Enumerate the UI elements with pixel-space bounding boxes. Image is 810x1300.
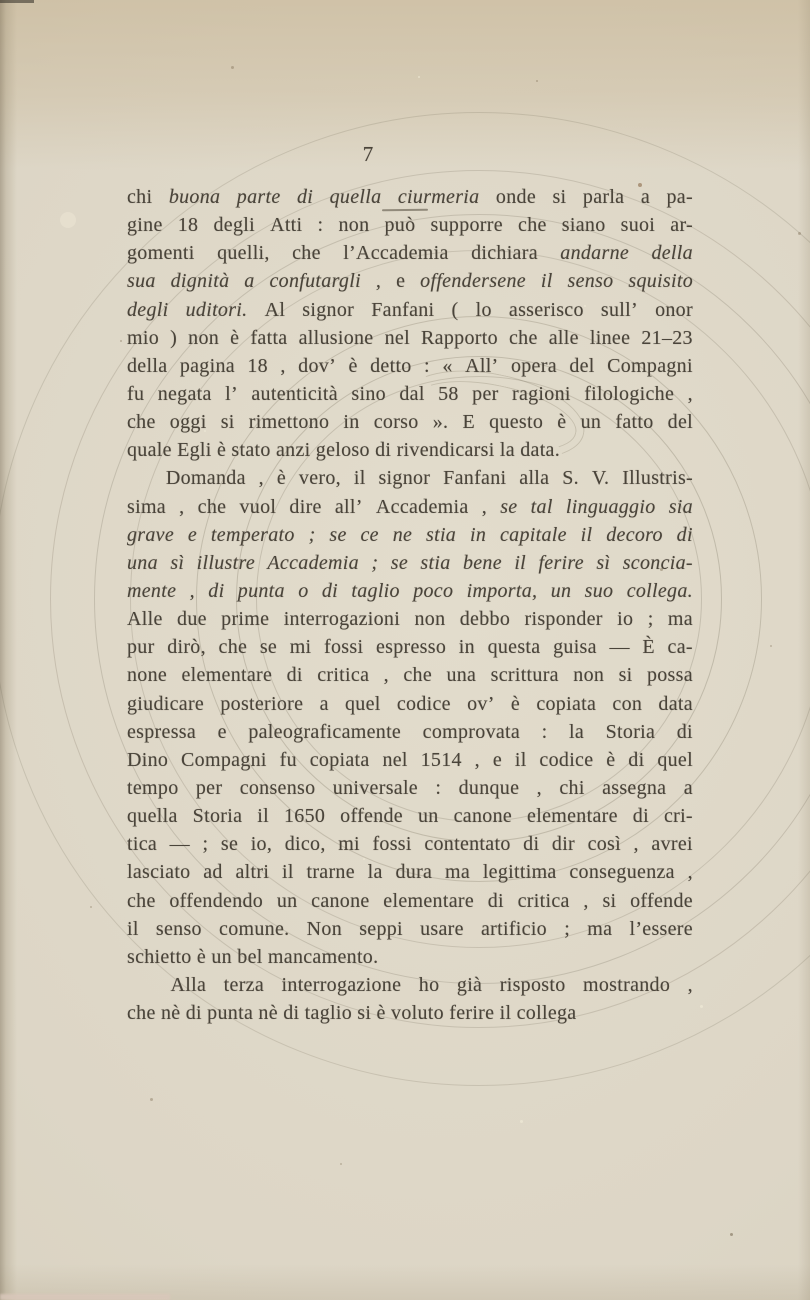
paper-speck [770,645,772,647]
paper-speck [120,340,122,342]
text-line: schietto è un bel mancamento. [127,943,693,971]
paper-speck [700,1005,703,1008]
page-number: 7 [330,142,406,167]
text-line: sima,chevuoldireall’Accademia,setallingu… [127,493,693,521]
text-line: graveetemperato;secenestiaincapitaleilde… [127,521,693,549]
text-line: gine18degliAtti:nonpuòsupporrechesianosu… [127,211,693,239]
text-line: mente,dipuntaoditagliopocoimporta,unsuoc… [127,577,693,605]
text-line: dellapagina18,dov’èdetto:«All’operadelCo… [127,352,693,380]
text-line: cheoffendendouncanoneelementaredicritica… [127,887,693,915]
text-line: unasìillustreAccademia;sestiabeneilferir… [127,549,693,577]
page-bottom-edge [0,1294,170,1300]
text-line: tica—;seio,dico,mifossicontentatodidirco… [127,830,693,858]
paper-speck [418,76,420,78]
text-line: quale Egli è stato anzi geloso di rivend… [127,436,693,464]
text-line: mio)nonèfattaallusionenelRapportochealle… [127,324,693,352]
paper-speck [60,212,76,228]
text-line: funegatal’autenticitàsinodal58perragioni… [127,380,693,408]
text-line: giudicareposterioreaquelcodiceov’ècopiat… [127,690,693,718]
paper-speck [340,1163,342,1165]
paper-speck [90,906,92,908]
text-line: noneelementaredicritica,cheunascritturan… [127,661,693,689]
paper-speck [231,66,234,69]
text-line: Allaterzainterrogazionehogiàrispostomost… [127,971,693,999]
paper-speck [730,1233,733,1236]
text-block: chibuonapartediquellaciurmeriaondesiparl… [127,183,693,1027]
text-line: espressaepaleograficamentecomprovata:laS… [127,718,693,746]
text-line: gomentiquelli,chel’Accademiadichiaraanda… [127,239,693,267]
scanned-book-page: { "page": { "number": "7", "paper_color"… [0,0,810,1300]
text-line: Domanda,èvero,ilsignorFanfaniallaS.V.Ill… [127,464,693,492]
text-line: suadignitàaconfutargli,eoffenderseneilse… [127,267,693,295]
text-line: cheoggisirimettonoincorso».Equestoèunfat… [127,408,693,436]
paper-speck [150,1098,153,1101]
text-line: purdirò,chesemifossiespressoinquestaguis… [127,633,693,661]
text-line: ilsensocomune.Nonseppiusareartificio;mal… [127,915,693,943]
text-line: che nè di punta nè di taglio si è voluto… [127,999,693,1027]
text-line: lasciatoadaltriiltrarneladuramalegittima… [127,858,693,886]
text-line: quellaStoriail1650offendeuncanoneelement… [127,802,693,830]
paper-speck [536,80,538,82]
text-line: degliuditori.AlsignorFanfani(loasserisco… [127,296,693,324]
paper-speck [798,232,801,235]
paper-speck [520,1120,523,1123]
text-line: tempoperconsensouniversale:dunque,chiass… [127,774,693,802]
text-line: DinoCompagnifucopiatanel1514,eilcodiceèd… [127,746,693,774]
text-line: Alledueprimeinterrogazioninondebborispon… [127,605,693,633]
page-edge-mark [0,0,34,3]
text-line: chibuonapartediquellaciurmeriaondesiparl… [127,183,693,211]
